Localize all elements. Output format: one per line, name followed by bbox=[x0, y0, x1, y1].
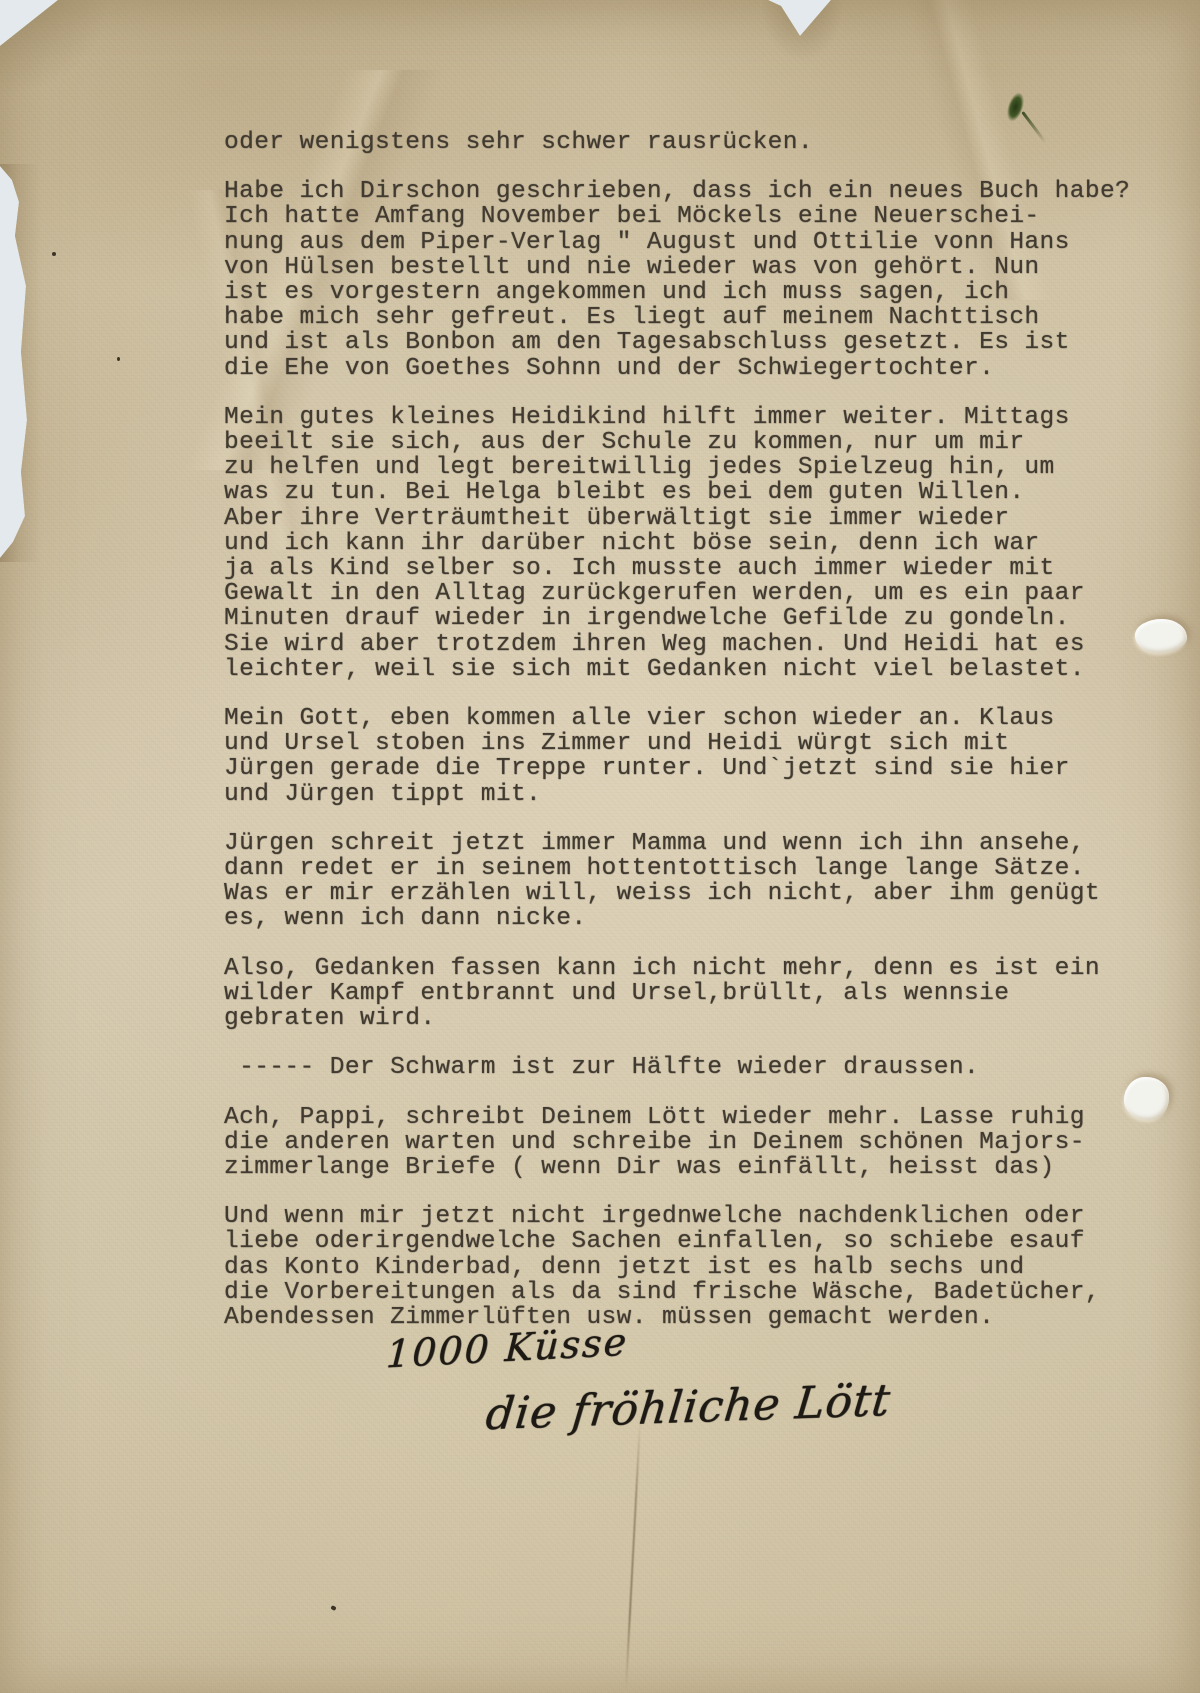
letter-scan: oder wenigstens sehr schwer rausrücken. … bbox=[0, 0, 1200, 1693]
torn-edge-shadow bbox=[0, 164, 40, 562]
paragraph: Habe ich Dirschon geschrieben, dass ich … bbox=[224, 179, 1124, 381]
torn-edge-shadow bbox=[0, 0, 110, 96]
paper-speck bbox=[52, 252, 56, 256]
paragraph: Jürgen schreit jetzt immer Mamma und wen… bbox=[224, 831, 1124, 932]
handwritten-signature: die fröhliche Lött bbox=[483, 1375, 893, 1440]
separator-line: ----- Der Schwarm ist zur Hälfte wieder … bbox=[224, 1055, 1124, 1080]
paragraph: Also, Gedanken fassen kann ich nicht meh… bbox=[224, 956, 1124, 1032]
letter-body: oder wenigstens sehr schwer rausrücken. … bbox=[224, 130, 1124, 1354]
paragraph: oder wenigstens sehr schwer rausrücken. bbox=[224, 130, 1124, 155]
punch-hole bbox=[1135, 619, 1187, 653]
paragraph: Und wenn mir jetzt nicht irgednwelche na… bbox=[224, 1204, 1124, 1330]
paragraph: Mein Gott, eben kommen alle vier schon w… bbox=[224, 706, 1124, 807]
paper-sheet: oder wenigstens sehr schwer rausrücken. … bbox=[0, 0, 1200, 1693]
paragraph: Ach, Pappi, schreibt Deinem Lött wieder … bbox=[224, 1105, 1124, 1181]
punch-hole bbox=[1124, 1077, 1169, 1120]
paper-speck bbox=[117, 357, 120, 361]
paper-speck bbox=[330, 1605, 336, 1611]
paper-crease bbox=[625, 1420, 641, 1690]
torn-edge-shadow bbox=[762, 0, 846, 64]
paragraph: Mein gutes kleines Heidikind hilft immer… bbox=[224, 405, 1124, 682]
ink-smudge bbox=[1004, 90, 1028, 123]
